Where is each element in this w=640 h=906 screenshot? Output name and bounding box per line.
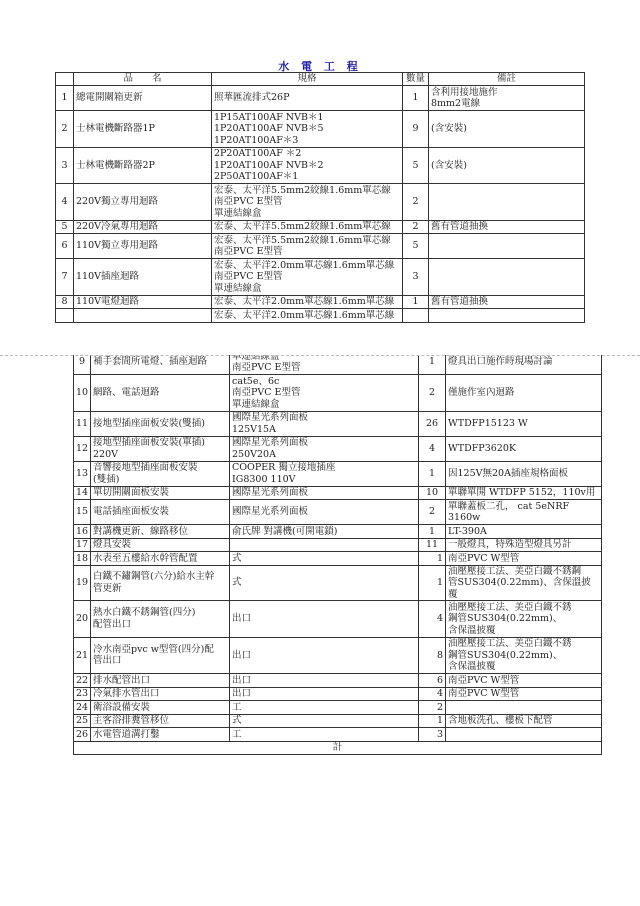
- table-row: 16對講機更新、線路移位俞氏牌 對講機(可開電鎖)1LT-390A: [74, 525, 602, 539]
- item-qty: 4: [419, 436, 446, 461]
- table-row: 20熱水白鐵不銹鋼管(四分) 配管出口出口4油壓壓接工法、美亞白鐵不銹 鋼管SU…: [74, 601, 602, 638]
- item-spec: 宏泰、太平洋5.5mm2絞線1.6mm單芯線 南亞PVC E型管 單連結線盒: [212, 184, 403, 221]
- total-label: 計: [74, 741, 602, 754]
- item-name: 水電管道溝打鑿: [91, 728, 230, 742]
- item-number: 26: [74, 728, 91, 742]
- table-row: 12接地型插座面板安裝(單插) 220V國際星光系列面板 250V20A4WTD…: [74, 436, 602, 461]
- item-number: 2: [56, 111, 74, 148]
- item-name: 接地型插座面板安裝(單插) 220V: [91, 436, 230, 461]
- table-row: 23冷氣排水管出口出口4南亞PVC W型管: [74, 687, 602, 701]
- item-name: 衛浴設備安裝: [91, 701, 230, 715]
- item-spec: 出口: [230, 637, 419, 674]
- header-remark: 備註: [429, 73, 585, 86]
- item-spec: COOPER 獨立接地插座 IG8300 110V: [230, 461, 419, 486]
- item-spec: 國際星光系列面板: [230, 500, 419, 525]
- item-remark: 因125V無20A插座規格面板: [446, 461, 602, 486]
- item-qty: 26: [419, 411, 446, 436]
- item-qty: 10: [419, 486, 446, 500]
- table-row: 8110V電燈迴路宏泰、太平洋2.0mm單芯線1.6mm單芯線1舊有管道抽換: [56, 295, 585, 309]
- item-qty: 9: [403, 111, 429, 148]
- table-row: 1總電開關箱更新照華匯流排式26P1含利用接地施作 8mm2電線: [56, 86, 585, 111]
- table-row: 13音響接地型插座面板安裝 (雙插)COOPER 獨立接地插座 IG8300 1…: [74, 461, 602, 486]
- table-row: 5220V冷氣專用迴路宏泰、太平洋5.5mm2絞線1.6mm單芯線2舊有管道抽換: [56, 220, 585, 234]
- item-number: 17: [74, 538, 91, 552]
- item-spec: 工: [230, 728, 419, 742]
- item-remark: (含安裝): [429, 111, 585, 148]
- item-number: 12: [74, 436, 91, 461]
- item-number: 9: [74, 355, 91, 375]
- item-spec: 出口: [230, 687, 419, 701]
- table-row: 26水電管道溝打鑿工3: [74, 728, 602, 742]
- item-spec: 式: [230, 552, 419, 566]
- item-qty: 5: [403, 147, 429, 184]
- item-remark: 南亞PVC W型管: [446, 674, 602, 688]
- item-remark: 燈具出口施作時現場討論: [446, 355, 602, 375]
- item-number: 23: [74, 687, 91, 701]
- item-spec: 宏泰、太平洋5.5mm2絞線1.6mm單芯線 南亞PVC E型管: [212, 234, 403, 259]
- item-number: 3: [56, 147, 74, 184]
- item-name: 對講機更新、線路移位: [91, 525, 230, 539]
- item-spec: 出口: [230, 601, 419, 638]
- table-header-row: 品 名 規格 數量 備註: [56, 73, 585, 86]
- item-spec: 國際星光系列面板 125V15A: [230, 411, 419, 436]
- item-remark: 油壓壓接工法、美亞白鐵不銹鋼 管SUS304(0.22mm)、含保溫披覆: [446, 565, 602, 601]
- item-name: 110V插座迴路: [74, 259, 212, 296]
- item-name: 冷水南亞pvc w型管(四分)配 管出口: [91, 637, 230, 674]
- item-remark: 油壓壓接工法、美亞白鐵不銹 鋼管SUS304(0.22mm)、 含保溫披覆: [446, 637, 602, 674]
- item-remark: [446, 728, 602, 742]
- item-qty: 1: [419, 552, 446, 566]
- table-row: 21冷水南亞pvc w型管(四分)配 管出口出口8油壓壓接工法、美亞白鐵不銹 鋼…: [74, 637, 602, 674]
- item-name: 網路、電話迴路: [91, 375, 230, 412]
- item-name: 接地型插座面板安裝(雙插): [91, 411, 230, 436]
- item-number: 11: [74, 411, 91, 436]
- item-spec: 出口: [230, 674, 419, 688]
- item-number: 14: [74, 486, 91, 500]
- page-break-line: [0, 355, 640, 356]
- item-spec: cat5e、6c 南亞PVC E型管 單連結線盒: [230, 375, 419, 412]
- header-spec: 規格: [212, 73, 403, 86]
- item-name: 白鐵不鏽鋼管(六分)給水主幹 管更新: [91, 565, 230, 601]
- item-qty: 11: [419, 538, 446, 552]
- item-name: 總電開關箱更新: [74, 86, 212, 111]
- item-qty: 2: [419, 701, 446, 715]
- total-row: 計: [74, 741, 602, 754]
- item-qty: 8: [419, 637, 446, 674]
- item-spec: 宏泰、太平洋2.0mm單芯線1.6mm單芯線 南亞PVC E型管 單連結線盒: [212, 259, 403, 296]
- item-remark: 含地板洗孔、樓板下配管: [446, 714, 602, 728]
- table-row: 9補手套間所電燈、插座迴路單連結線盒 南亞PVC E型管1燈具出口施作時現場討論: [74, 355, 602, 375]
- item-remark: (含安裝): [429, 147, 585, 184]
- item-remark: [429, 234, 585, 259]
- item-number: 18: [74, 552, 91, 566]
- item-qty: 2: [419, 375, 446, 412]
- item-spec: 式: [230, 714, 419, 728]
- item-number: 6: [56, 234, 74, 259]
- table-row: 6110V獨立專用迴路宏泰、太平洋5.5mm2絞線1.6mm單芯線 南亞PVC …: [56, 234, 585, 259]
- table-row: 19白鐵不鏽鋼管(六分)給水主幹 管更新式1油壓壓接工法、美亞白鐵不銹鋼 管SU…: [74, 565, 602, 601]
- table-row: 17燈具安裝11一般燈具，特殊造型燈具另計: [74, 538, 602, 552]
- item-spec: 式: [230, 565, 419, 601]
- item-qty: 2: [403, 220, 429, 234]
- table-row: 2士林電機斷路器1P1P15AT100AF NVB＊1 1P20AT100AF …: [56, 111, 585, 148]
- item-number: 5: [56, 220, 74, 234]
- table-row: 14單切開關面板安裝國際星光系列面板10單聯單開 WTDFP 5152，110v…: [74, 486, 602, 500]
- item-remark: 舊有管道抽換: [429, 295, 585, 309]
- item-qty: 2: [403, 184, 429, 221]
- item-qty: 1: [419, 714, 446, 728]
- header-num: [56, 73, 74, 86]
- item-remark: [429, 184, 585, 221]
- table-row: 18水表至五樓給水幹管配置式1南亞PVC W型管: [74, 552, 602, 566]
- item-number: 21: [74, 637, 91, 674]
- item-name: [74, 309, 212, 323]
- header-qty: 數量: [403, 73, 429, 86]
- page-bottom-section: 9補手套間所電燈、插座迴路單連結線盒 南亞PVC E型管1燈具出口施作時現場討論…: [0, 355, 640, 906]
- item-remark: WTDFP3620K: [446, 436, 602, 461]
- item-number: 7: [56, 259, 74, 296]
- item-qty: 1: [419, 355, 446, 375]
- item-spec: 俞氏牌 對講機(可開電鎖): [230, 525, 419, 539]
- item-spec: 1P15AT100AF NVB＊1 1P20AT100AF NVB＊5 1P20…: [212, 111, 403, 148]
- item-name: 主客浴排糞管移位: [91, 714, 230, 728]
- item-number: 19: [74, 565, 91, 601]
- quote-table-top: 品 名 規格 數量 備註 1總電開關箱更新照華匯流排式26P1含利用接地施作 8…: [55, 72, 585, 323]
- table-row: 11接地型插座面板安裝(雙插)國際星光系列面板 125V15A26WTDFP15…: [74, 411, 602, 436]
- item-name: 冷氣排水管出口: [91, 687, 230, 701]
- item-name: 220V冷氣專用迴路: [74, 220, 212, 234]
- item-remark: 南亞PVC W型管: [446, 687, 602, 701]
- item-qty: 1: [419, 525, 446, 539]
- item-remark: 舊有管道抽換: [429, 220, 585, 234]
- item-qty: 3: [403, 259, 429, 296]
- table-row: 4220V獨立專用迴路宏泰、太平洋5.5mm2絞線1.6mm單芯線 南亞PVC …: [56, 184, 585, 221]
- item-number: 24: [74, 701, 91, 715]
- item-name: 音響接地型插座面板安裝 (雙插): [91, 461, 230, 486]
- item-qty: [403, 309, 429, 323]
- item-number: 8: [56, 295, 74, 309]
- item-spec: 單連結線盒 南亞PVC E型管: [230, 355, 419, 375]
- item-qty: 3: [419, 728, 446, 742]
- item-remark: [429, 309, 585, 323]
- item-name: 補手套間所電燈、插座迴路: [91, 355, 230, 375]
- item-remark: 單聯單開 WTDFP 5152，110v用: [446, 486, 602, 500]
- item-name: 熱水白鐵不銹鋼管(四分) 配管出口: [91, 601, 230, 638]
- page-top-section: 品 名 規格 數量 備註 1總電開關箱更新照華匯流排式26P1含利用接地施作 8…: [0, 0, 640, 357]
- item-name: 士林電機斷路器1P: [74, 111, 212, 148]
- item-name: 電話插座面板安裝: [91, 500, 230, 525]
- item-remark: 南亞PVC W型管: [446, 552, 602, 566]
- item-spec: 國際星光系列面板 250V20A: [230, 436, 419, 461]
- quote-table-bottom: 9補手套間所電燈、插座迴路單連結線盒 南亞PVC E型管1燈具出口施作時現場討論…: [73, 355, 602, 755]
- item-number: 1: [56, 86, 74, 111]
- item-remark: WTDFP15123 W: [446, 411, 602, 436]
- item-spec: 宏泰、太平洋2.0mm單芯線1.6mm單芯線: [212, 295, 403, 309]
- item-spec: 宏泰、太平洋5.5mm2絞線1.6mm單芯線: [212, 220, 403, 234]
- item-spec: 工: [230, 701, 419, 715]
- table-row: 24衛浴設備安裝工2: [74, 701, 602, 715]
- item-remark: 僅施作室內迴路: [446, 375, 602, 412]
- item-remark: [429, 259, 585, 296]
- item-remark: 單聯蓋板二孔， cat 5eNRF 3160w: [446, 500, 602, 525]
- item-number: 16: [74, 525, 91, 539]
- item-qty: 2: [419, 500, 446, 525]
- item-qty: 5: [403, 234, 429, 259]
- table-row: 22排水配管出口出口6南亞PVC W型管: [74, 674, 602, 688]
- item-number: 20: [74, 601, 91, 638]
- item-number: 25: [74, 714, 91, 728]
- item-spec: 國際星光系列面板: [230, 486, 419, 500]
- item-name: 燈具安裝: [91, 538, 230, 552]
- item-number: [56, 309, 74, 323]
- item-number: 15: [74, 500, 91, 525]
- item-qty: 1: [403, 295, 429, 309]
- item-number: 10: [74, 375, 91, 412]
- item-spec: 宏泰、太平洋2.0mm單芯線1.6mm單芯線: [212, 309, 403, 323]
- header-name: 品 名: [74, 73, 212, 86]
- item-qty: 1: [419, 565, 446, 601]
- item-name: 單切開關面板安裝: [91, 486, 230, 500]
- item-number: 22: [74, 674, 91, 688]
- item-remark: 一般燈具，特殊造型燈具另計: [446, 538, 602, 552]
- item-number: 13: [74, 461, 91, 486]
- table-row: 宏泰、太平洋2.0mm單芯線1.6mm單芯線: [56, 309, 585, 323]
- item-name: 110V電燈迴路: [74, 295, 212, 309]
- table-row: 7110V插座迴路宏泰、太平洋2.0mm單芯線1.6mm單芯線 南亞PVC E型…: [56, 259, 585, 296]
- item-spec: 2P20AT100AF ＊2 1P20AT100AF NVB＊2 2P50AT1…: [212, 147, 403, 184]
- item-qty: 6: [419, 674, 446, 688]
- item-remark: 含利用接地施作 8mm2電線: [429, 86, 585, 111]
- item-qty: 1: [419, 461, 446, 486]
- item-spec: 照華匯流排式26P: [212, 86, 403, 111]
- item-qty: 4: [419, 601, 446, 638]
- table-row: 3士林電機斷路器2P2P20AT100AF ＊2 1P20AT100AF NVB…: [56, 147, 585, 184]
- item-qty: 1: [403, 86, 429, 111]
- item-qty: 4: [419, 687, 446, 701]
- table-row: 25主客浴排糞管移位式1含地板洗孔、樓板下配管: [74, 714, 602, 728]
- item-spec: [230, 538, 419, 552]
- item-name: 水表至五樓給水幹管配置: [91, 552, 230, 566]
- item-name: 士林電機斷路器2P: [74, 147, 212, 184]
- item-remark: 油壓壓接工法、美亞白鐵不銹 鋼管SUS304(0.22mm)、 含保溫披覆: [446, 601, 602, 638]
- item-name: 220V獨立專用迴路: [74, 184, 212, 221]
- item-number: 4: [56, 184, 74, 221]
- table-row: 10網路、電話迴路cat5e、6c 南亞PVC E型管 單連結線盒2僅施作室內迴…: [74, 375, 602, 412]
- item-remark: [446, 701, 602, 715]
- item-remark: LT-390A: [446, 525, 602, 539]
- table-row: 15電話插座面板安裝國際星光系列面板2單聯蓋板二孔， cat 5eNRF 316…: [74, 500, 602, 525]
- item-name: 110V獨立專用迴路: [74, 234, 212, 259]
- item-name: 排水配管出口: [91, 674, 230, 688]
